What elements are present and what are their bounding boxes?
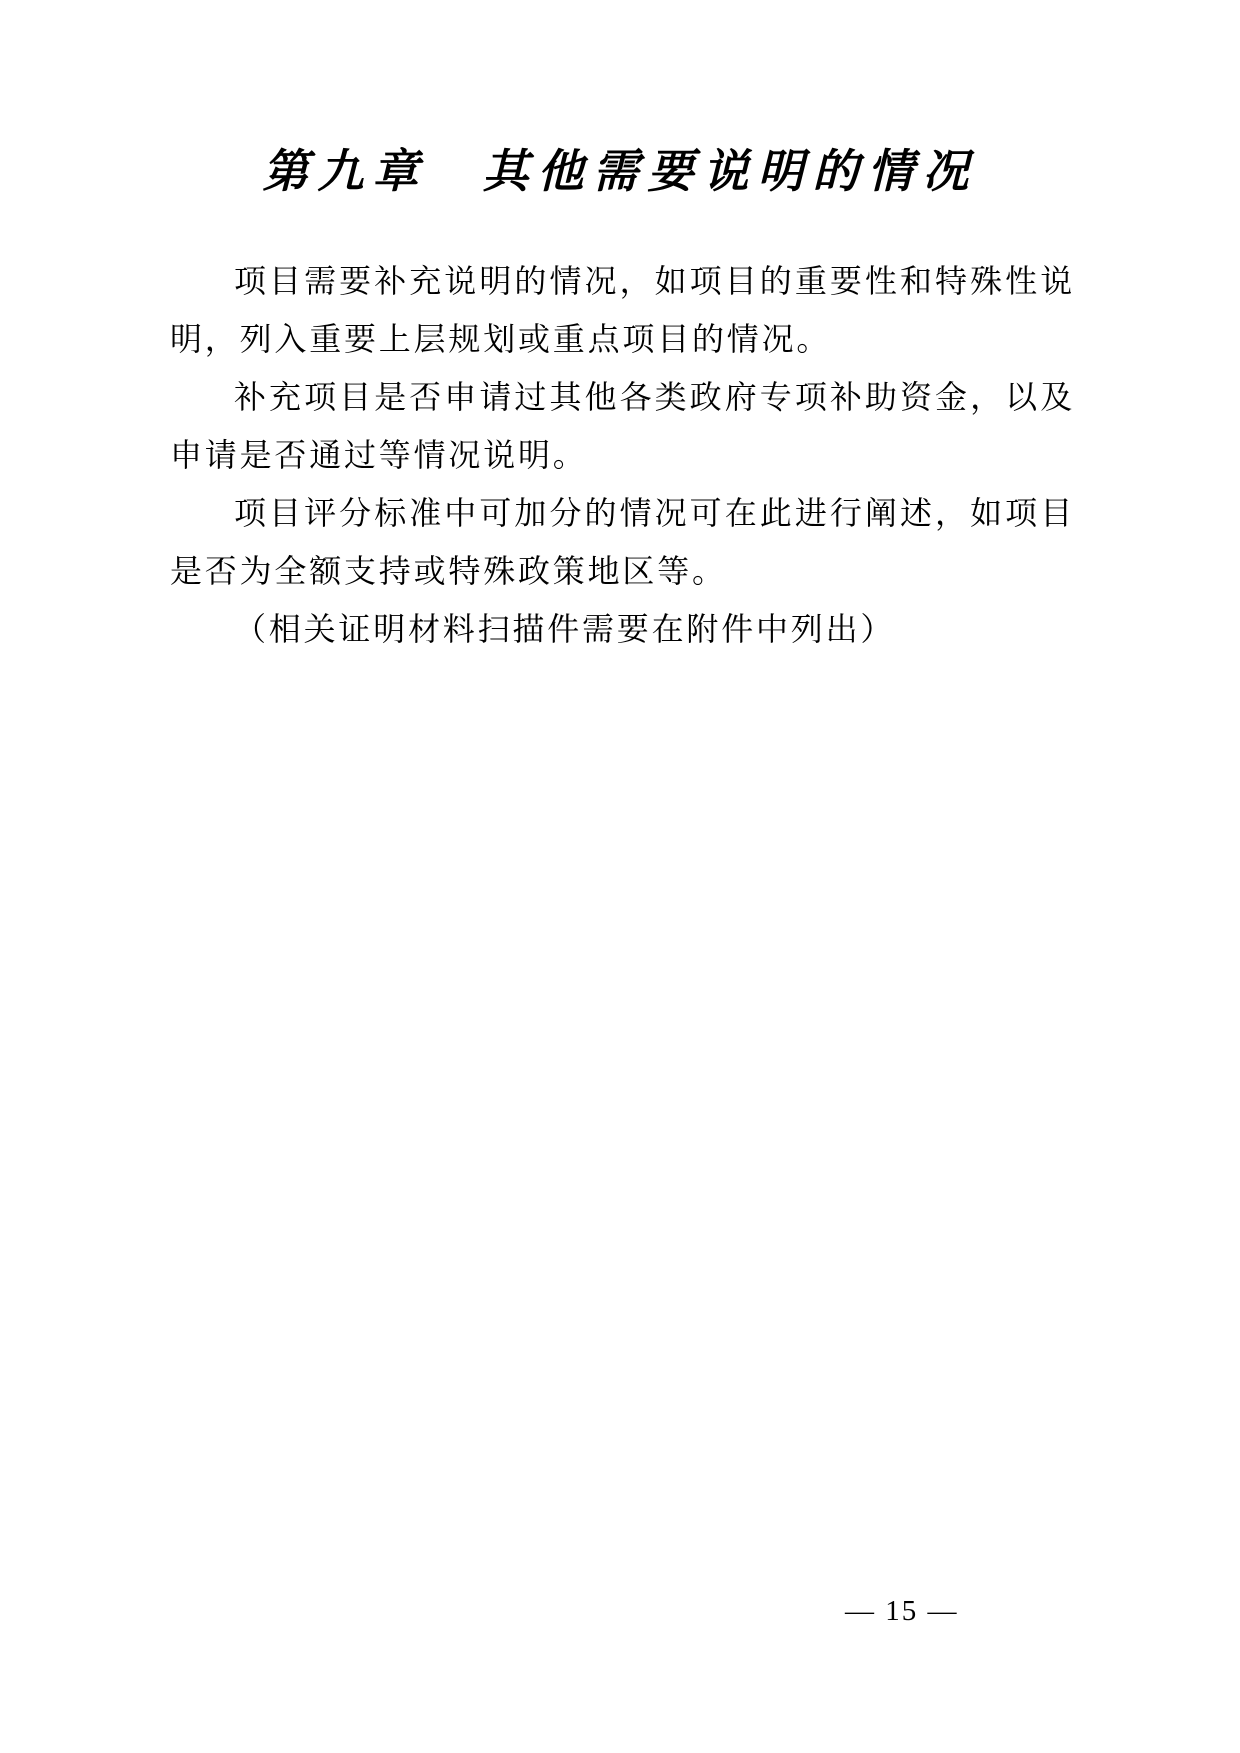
paragraph-subsidy-application: 补充项目是否申请过其他各类政府专项补助资金，以及申请是否通过等情况说明。 bbox=[170, 368, 1075, 484]
document-body: 项目需要补充说明的情况，如项目的重要性和特殊性说明，列入重要上层规划或重点项目的… bbox=[170, 252, 1075, 658]
chapter-title: 第九章 其他需要说明的情况 bbox=[0, 148, 1240, 194]
page-number: — 15 — bbox=[845, 1595, 959, 1628]
document-page: 第九章 其他需要说明的情况 项目需要补充说明的情况，如项目的重要性和特殊性说明，… bbox=[0, 0, 1240, 1753]
paragraph-attachment-note: （相关证明材料扫描件需要在附件中列出） bbox=[170, 600, 1075, 658]
paragraph-scoring-bonus: 项目评分标准中可加分的情况可在此进行阐述，如项目是否为全额支持或特殊政策地区等。 bbox=[170, 484, 1075, 600]
paragraph-project-supplement: 项目需要补充说明的情况，如项目的重要性和特殊性说明，列入重要上层规划或重点项目的… bbox=[170, 252, 1075, 368]
